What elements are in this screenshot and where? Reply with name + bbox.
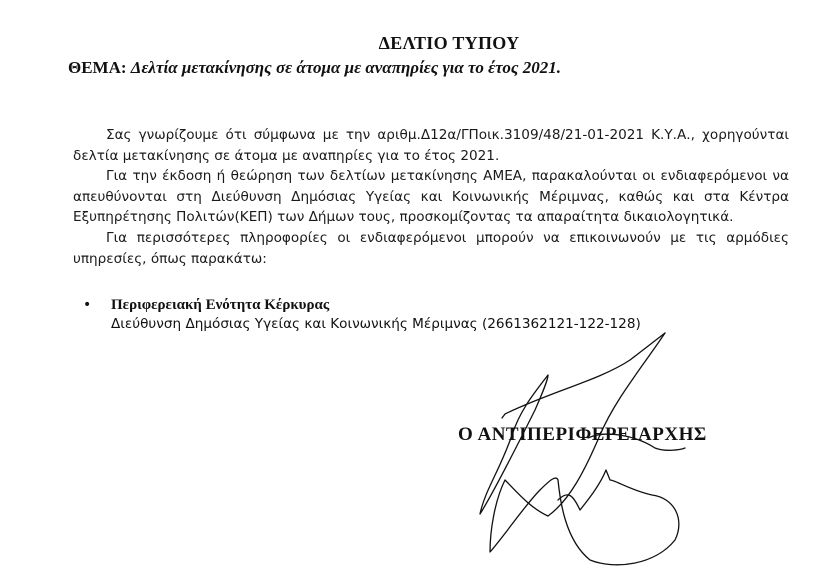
paragraph-issuance: Για την έκδοση ή θεώρηση των δελτίων μετ… [73,166,789,228]
signer-title: Ο ΑΝΤΙΠΕΡΙΦΕΡΕΙΑΡΧΗΣ [458,424,707,446]
contact-unit-name: Περιφερειακή Ενότητα Κέρκυρας [111,295,329,315]
press-release-page: ΔΕΛΤΙΟ ΤΥΠΟΥ ΘΕΜΑ: Δελτία μετακίνησης σε… [0,0,838,580]
paragraph-legal-basis: Σας γνωρίζουμε ότι σύμφωνα με την αριθμ.… [73,125,789,166]
subject-label: ΘΕΜΑ: [68,58,127,77]
paragraph-contact-info: Για περισσότερες πληροφορίες οι ενδιαφερ… [73,228,789,269]
document-title: ΔΕΛΤΙΟ ΤΥΠΟΥ [0,33,838,54]
document-body: Σας γνωρίζουμε ότι σύμφωνα με την αριθμ.… [73,125,789,269]
bullet-icon: • [83,295,91,315]
subject-text: Δελτία μετακίνησης σε άτομα με αναπηρίες… [131,58,561,77]
document-subject: ΘΕΜΑ: Δελτία μετακίνησης σε άτομα με ανα… [68,58,561,78]
contact-department-phone: Διεύθυνση Δημόσιας Υγείας και Κοινωνικής… [111,314,641,334]
signature-icon [440,330,800,570]
